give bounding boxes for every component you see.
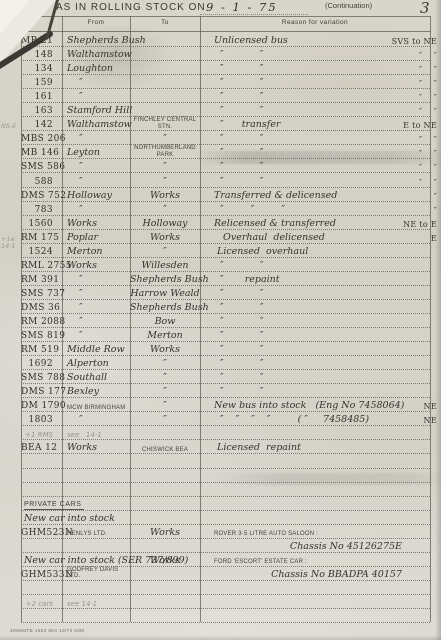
cell-stock-number: MB 21 bbox=[21, 36, 62, 46]
cell-from: see 14-1 bbox=[62, 431, 130, 439]
table-row: DMS 177Bexley″ ″ ″ bbox=[21, 383, 430, 398]
cell-from: Middle Row bbox=[62, 344, 130, 355]
cell-from: ″ bbox=[62, 204, 130, 215]
cell-reason: ″ ″ bbox=[200, 386, 436, 397]
table-row bbox=[21, 454, 430, 469]
cell-stock-number: RM 175 bbox=[21, 233, 62, 243]
cell-stock-number: +2 cars bbox=[21, 600, 62, 608]
cell-to: Harrow Weald bbox=[130, 288, 200, 299]
cell-region-note: E bbox=[365, 234, 437, 243]
cell-from: Works bbox=[62, 260, 130, 271]
cell-reason: ″ ″ bbox=[200, 288, 436, 299]
page-edge-shadow bbox=[0, 635, 441, 640]
cell-stock-number: GHM523N bbox=[21, 528, 62, 538]
cell-reason: ″ ″ bbox=[200, 302, 436, 313]
cell-stock-number: DMS 177 bbox=[21, 387, 62, 397]
cell-from: ″ bbox=[62, 414, 130, 425]
cell-to: ″ bbox=[130, 358, 200, 369]
cell-stock-number: 161 bbox=[21, 92, 62, 102]
cell-to: Works bbox=[130, 527, 200, 538]
cell-reason: Licensed repaint bbox=[200, 442, 436, 453]
cell-stock-number: RM 2088 bbox=[21, 317, 62, 327]
cell-from: ″ bbox=[62, 302, 130, 313]
cell-stock-number: GHM533N bbox=[21, 570, 62, 580]
cell-to: Holloway bbox=[130, 218, 200, 229]
cell-stock-number: SMS 737 bbox=[21, 289, 62, 299]
cell-region-note: ″ ″ bbox=[365, 107, 437, 116]
cell-stock-number: RM 391 bbox=[21, 275, 62, 285]
table-row: RML 2755WorksWillesden ″ ″ bbox=[21, 257, 430, 272]
table-row: SMS 788Southall″ ″ ″ bbox=[21, 369, 430, 384]
cell-stock-number: BEA 12 bbox=[21, 443, 62, 453]
cell-spanning-entry: New car into stock bbox=[24, 513, 294, 524]
cell-region-note: ″ ″ bbox=[365, 51, 437, 60]
cell-from: Stamford Hill bbox=[62, 105, 130, 116]
table-row: 142WalthamstowFINCHLEY CENTRAL STN. ″ tr… bbox=[21, 116, 430, 131]
table-row: WorksFORD 'ESCORT' ESTATE CAR :New car i… bbox=[21, 552, 430, 567]
cell-reason: ″ ″ bbox=[200, 330, 436, 341]
cell-reason: Chassis No BBADPA 40157 bbox=[200, 569, 436, 580]
cell-region-note: NE to E bbox=[365, 220, 437, 229]
cell-to: Bow bbox=[130, 316, 200, 327]
cell-region-note: ″ ″ bbox=[365, 149, 437, 158]
table-row: GHM533NGODFREY DAVIS LTD.Chassis No BBAD… bbox=[21, 566, 430, 581]
page-number: 3 bbox=[420, 0, 430, 17]
cell-to: Merton bbox=[130, 330, 200, 341]
cell-to: Shepherds Bush bbox=[130, 302, 200, 313]
table-row: BEA 12WorksCHISWICK BEA Licensed repaint bbox=[21, 439, 430, 454]
cell-from: ″ bbox=[62, 316, 130, 327]
cell-to: ″ bbox=[130, 414, 200, 425]
cell-from: Alperton bbox=[62, 358, 130, 369]
cell-reason: ″ ″ bbox=[200, 372, 436, 383]
cell-stock-number: 163 bbox=[21, 106, 62, 116]
cell-to: ″ bbox=[130, 372, 200, 383]
table-row bbox=[21, 608, 430, 623]
table-row: 163Stamford Hill ″ ″″ ″ bbox=[21, 102, 430, 117]
cell-stock-number: RML 2755 bbox=[21, 261, 62, 271]
table-row: 134Loughton ″ ″″ ″ bbox=[21, 60, 430, 75]
cell-from: ″ bbox=[62, 274, 130, 285]
table-row: +1 RMSsee 14-1 bbox=[21, 425, 430, 440]
cell-reason: ″ ″ bbox=[200, 344, 436, 355]
cell-from: Southall bbox=[62, 372, 130, 383]
cell-to: Willesden bbox=[130, 260, 200, 271]
table-row: SMS 737 ″Harrow Weald ″ ″ bbox=[21, 285, 430, 300]
table-row: SMS 819 ″Merton ″ ″ bbox=[21, 327, 430, 342]
cell-reason: ″ ″ bbox=[200, 260, 436, 271]
cell-from: ″ bbox=[62, 133, 130, 144]
table-row: SMS 586 ″″ ″ ″″ ″ bbox=[21, 158, 430, 173]
table-row: DMS 752HollowayWorksTransferred & delice… bbox=[21, 187, 430, 202]
table-row: GHM523NHENLYS LTD.WorksROVER 3·5 LITRE A… bbox=[21, 524, 430, 539]
table-row: DM 1790MCW BIRMINGHAM″New bus into stock… bbox=[21, 397, 430, 412]
cell-from: Leyton bbox=[62, 147, 130, 158]
cell-reason: ″ ″ bbox=[200, 358, 436, 369]
cell-region-note: ″ ″ bbox=[365, 79, 437, 88]
table-row: MBS 206 ″″ ″ ″″ ″ bbox=[21, 130, 430, 145]
cell-to: ″ bbox=[130, 176, 200, 187]
cell-from: see 14·1 bbox=[62, 600, 130, 608]
cell-from: ″ bbox=[62, 176, 130, 187]
table-row: +2 carssee 14·1 bbox=[21, 594, 430, 609]
table-row: 588 ″″ ″ ″″ ″ bbox=[21, 173, 430, 188]
cell-from: ″ bbox=[62, 91, 130, 102]
scanned-document: From To Reason for variation MB 21Shephe… bbox=[0, 0, 441, 640]
handwritten-date: 9 - 1 - 75 bbox=[206, 0, 278, 14]
cell-from: Holloway bbox=[62, 190, 130, 201]
form-print-code: 4096MTB 1503 504 10/74 50M bbox=[10, 629, 85, 634]
cell-region-note: ″ ″ bbox=[365, 93, 437, 102]
cell-region-note: ″ ″ bbox=[365, 65, 437, 74]
table-row: RM 391 ″Shepherds Bush ″ repaint bbox=[21, 271, 430, 286]
cell-from: ″ bbox=[62, 330, 130, 341]
cell-stock-number: MB 146 bbox=[21, 148, 62, 158]
cell-stock-number: RM 519 bbox=[21, 345, 62, 355]
cell-stock-number: +1 RMS bbox=[21, 431, 62, 439]
table-row: DMS 36 ″Shepherds Bush ″ ″ bbox=[21, 299, 430, 314]
cell-region-note: ″ bbox=[365, 192, 437, 201]
table-row: Chassis No 45126275E bbox=[21, 538, 430, 553]
cell-stock-number: SMS 586 bbox=[21, 162, 62, 172]
table-row: 1803 ″″ ″ ″ ″ ″ ( ″ 7458485)NE bbox=[21, 411, 430, 426]
cell-to: ″ bbox=[130, 246, 200, 257]
table-row: 1524Merton″ Licensed overhaul bbox=[21, 243, 430, 258]
cell-from: GODFREY DAVIS LTD. bbox=[62, 567, 130, 580]
cell-stock-number: 148 bbox=[21, 50, 62, 60]
cell-from: Loughton bbox=[62, 63, 130, 74]
cell-stock-number: 1560 bbox=[21, 219, 62, 229]
cell-stock-number: DM 1790 bbox=[21, 401, 62, 411]
cell-to: Works bbox=[130, 232, 200, 243]
cell-region-note: SVS to NE bbox=[365, 37, 437, 46]
cell-from: Walthamstow bbox=[62, 49, 130, 60]
cell-from: ″ bbox=[62, 77, 130, 88]
cell-spanning-entry: New car into stock (SER 737/899) bbox=[24, 555, 294, 566]
cell-to: ″ bbox=[130, 400, 200, 411]
cell-reason: ″ repaint bbox=[200, 274, 436, 285]
date-blank-line bbox=[200, 14, 308, 15]
cell-from: ″ bbox=[62, 161, 130, 172]
cell-stock-number: 783 bbox=[21, 205, 62, 215]
cell-to: Works bbox=[130, 190, 200, 201]
table-row: 783 ″″ ″ ″ ″″ bbox=[21, 201, 430, 216]
cell-reason: Licensed overhaul bbox=[200, 246, 436, 257]
cell-region-note: ″ ″ bbox=[365, 135, 437, 144]
cell-spanning-entry: PRIVATE CARS bbox=[24, 501, 84, 510]
cell-to: ″ bbox=[130, 204, 200, 215]
cell-from: Shepherds Bush bbox=[62, 35, 130, 46]
cell-to: ″ bbox=[130, 161, 200, 172]
table-row bbox=[21, 580, 430, 595]
table-row: RM 519Middle RowWorks ″ ″ bbox=[21, 341, 430, 356]
cell-from: Works bbox=[62, 218, 130, 229]
table-row: RM 2088 ″Bow ″ ″ bbox=[21, 313, 430, 328]
cell-to: FINCHLEY CENTRAL STN. bbox=[130, 117, 200, 130]
cell-from: Merton bbox=[62, 246, 130, 257]
cell-stock-number: 1692 bbox=[21, 359, 62, 369]
table-row: MB 146LeytonNORTHUMBERLAND PARK ″ ″″ ″ bbox=[21, 144, 430, 159]
table-row: 161 ″ ″ ″″ ″ bbox=[21, 88, 430, 103]
cell-from: Works bbox=[62, 442, 130, 453]
table-border-top bbox=[21, 16, 430, 17]
column-header-from: From bbox=[62, 19, 130, 26]
cell-to: NORTHUMBERLAND PARK bbox=[130, 145, 200, 158]
margin-pencil-note: +1e 14·1 bbox=[1, 236, 15, 250]
cell-to: Works bbox=[130, 344, 200, 355]
table-row: RM 175PoplarWorks Overhaul delicensedE bbox=[21, 229, 430, 244]
cell-from: ″ bbox=[62, 288, 130, 299]
cell-region-note: ″ ″ bbox=[365, 163, 437, 172]
page-title: AS IN ROLLING STOCK ON bbox=[56, 2, 206, 13]
table-row: 148Walthamstow ″ ″″ ″ bbox=[21, 46, 430, 61]
table-row: 159 ″ ″ ″″ ″ bbox=[21, 74, 430, 89]
cell-stock-number: 1524 bbox=[21, 247, 62, 257]
cell-region-note: ″ ″ bbox=[365, 178, 437, 187]
cell-reason: ″ ″ bbox=[200, 316, 436, 327]
table-row: 1692Alperton″ ″ ″ bbox=[21, 355, 430, 370]
cell-to: ″ bbox=[130, 386, 200, 397]
cell-to: CHISWICK BEA bbox=[130, 447, 200, 454]
cell-to: ″ bbox=[130, 133, 200, 144]
cell-region-note: E to NE bbox=[365, 121, 437, 130]
continuation-label: (Continuation) bbox=[325, 1, 372, 10]
cell-stock-number: 1803 bbox=[21, 415, 62, 425]
cell-region-note: ″ bbox=[365, 206, 437, 215]
cell-stock-number: 588 bbox=[21, 177, 62, 187]
table-row bbox=[21, 468, 430, 483]
cell-stock-number: 134 bbox=[21, 64, 62, 74]
cell-region-note: NE bbox=[365, 416, 437, 425]
table-row: 1560WorksHollowayRelicensed & transferre… bbox=[21, 215, 430, 230]
table-row: New car into stock bbox=[21, 510, 430, 525]
table-row: MB 21Shepherds BushUnlicensed busSVS to … bbox=[21, 32, 430, 47]
cell-stock-number: 159 bbox=[21, 78, 62, 88]
cell-from: Walthamstow bbox=[62, 119, 130, 130]
cell-stock-number: SMS 788 bbox=[21, 373, 62, 383]
column-header-to: To bbox=[130, 19, 200, 26]
table-row: PRIVATE CARS bbox=[21, 496, 430, 511]
cell-to: Shepherds Bush bbox=[130, 274, 200, 285]
cell-stock-number: DMS 36 bbox=[21, 303, 62, 313]
table-row bbox=[21, 482, 430, 497]
cell-from: Bexley bbox=[62, 386, 130, 397]
column-header-reason: Reason for variation bbox=[200, 19, 430, 26]
cell-stock-number: DMS 752 bbox=[21, 191, 62, 201]
cell-reason: Chassis No 45126275E bbox=[200, 541, 436, 552]
cell-region-note: NE bbox=[365, 402, 437, 411]
cell-stock-number: SMS 819 bbox=[21, 331, 62, 341]
cell-stock-number: 142 bbox=[21, 120, 62, 130]
cell-stock-number: MBS 206 bbox=[21, 134, 62, 144]
cell-from: Poplar bbox=[62, 232, 130, 243]
margin-pencil-note: NS-E bbox=[1, 123, 16, 130]
